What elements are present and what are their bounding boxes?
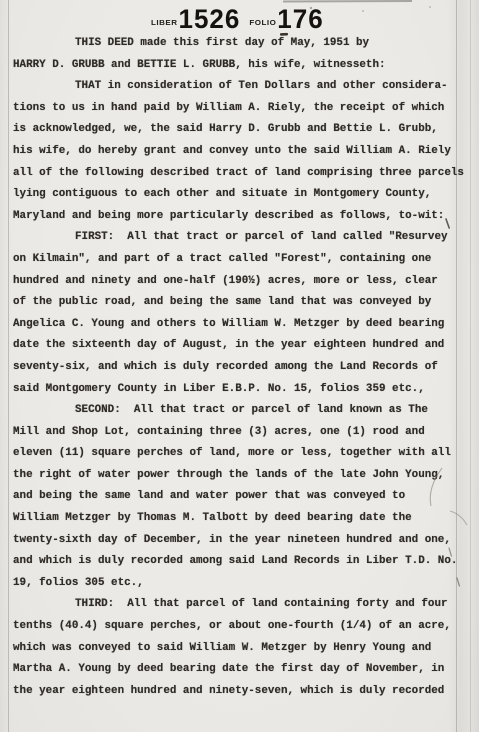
deed-page: LIBER 1526 FOLIO 176 THIS DEED made this…: [0, 0, 479, 732]
document-line: and being the same land and water power …: [13, 486, 475, 508]
document-line: tions to us in hand paid by William A. R…: [13, 98, 475, 120]
folio-number: 176: [277, 6, 323, 33]
document-line: SECOND: All that tract or parcel of land…: [13, 400, 475, 422]
document-line: THIS DEED made this first day of May, 19…: [13, 33, 475, 55]
document-line: which was conveyed to said William W. Me…: [13, 638, 475, 660]
liber-label: LIBER: [151, 18, 178, 26]
top-edge-streak: [283, 1, 412, 2]
document-line: hundred and ninety and one-half (190½) a…: [13, 271, 475, 293]
document-line: twenty-sixth day of December, in the yea…: [13, 530, 475, 552]
liber-folio-stamp: LIBER 1526 FOLIO 176: [151, 6, 324, 32]
document-line: is acknowledged, we, the said Harry D. G…: [13, 119, 475, 141]
document-line: all of the following described tract of …: [13, 163, 475, 185]
document-line: Mill and Shop Lot, containing three (3) …: [13, 422, 475, 444]
paper-speck-2: [362, 10, 364, 12]
document-line: eleven (11) square perches of land, more…: [13, 443, 475, 465]
document-line: FIRST: All that tract or parcel of land …: [13, 227, 475, 249]
document-line: his wife, do hereby grant and convey unt…: [13, 141, 475, 163]
folio-label: FOLIO: [249, 18, 276, 26]
document-line: Maryland and being more particularly des…: [13, 206, 475, 228]
document-line: 19, folios 305 etc.,: [13, 573, 475, 595]
document-line: the right of water power through the lan…: [13, 465, 475, 487]
document-lines: THIS DEED made this first day of May, 19…: [13, 33, 475, 702]
paper-speck-3: [429, 6, 431, 8]
document-line: Angelica C. Young and others to William …: [13, 314, 475, 336]
document-line: the year eighteen hundred and ninety-sev…: [13, 681, 475, 703]
document-line: date the sixteenth day of August, in the…: [13, 335, 475, 357]
document-line: and which is duly recorded among said La…: [13, 551, 475, 573]
document-line: THAT in consideration of Ten Dollars and…: [13, 76, 475, 98]
document-line: said Montgomery County in Liber E.B.P. N…: [13, 379, 475, 401]
document-line: HARRY D. GRUBB and BETTIE L. GRUBB, his …: [13, 55, 475, 77]
document-line: tenths (40.4) square perches, or about o…: [13, 616, 475, 638]
document-line: on Kilmain", and part of a tract called …: [13, 249, 475, 271]
document-line: seventy-six, and which is duly recorded …: [13, 357, 475, 379]
document-line: of the public road, and being the same l…: [13, 292, 475, 314]
document-line: THIRD: All that parcel of land containin…: [13, 594, 475, 616]
document-line: William Metzger by Thomas M. Talbott by …: [13, 508, 475, 530]
liber-number: 1526: [179, 6, 241, 33]
document-line: lying contiguous to each other and situa…: [13, 184, 475, 206]
document-line: Martha A. Young by deed bearing date the…: [13, 659, 475, 681]
